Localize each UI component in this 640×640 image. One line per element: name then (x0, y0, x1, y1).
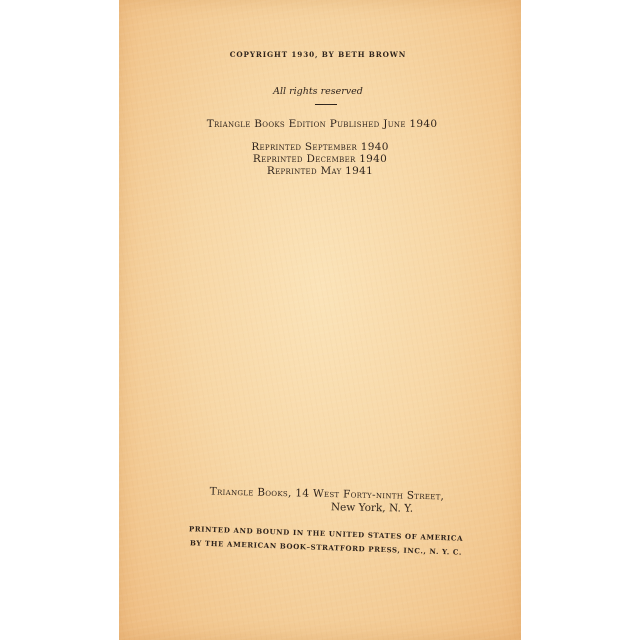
reprint-line: Reprinted May 1941 (119, 165, 521, 177)
copyright-notice: Copyright 1930, by Beth Brown (117, 50, 519, 59)
edition-statement: Triangle Books Edition Published June 19… (121, 118, 523, 130)
book-page: Copyright 1930, by Beth Brown All rights… (119, 0, 521, 640)
reprint-line: Reprinted December 1940 (119, 153, 521, 165)
reprint-line: Reprinted September 1940 (119, 141, 521, 153)
rights-reserved: All rights reserved (117, 86, 519, 97)
divider-rule (315, 104, 337, 105)
